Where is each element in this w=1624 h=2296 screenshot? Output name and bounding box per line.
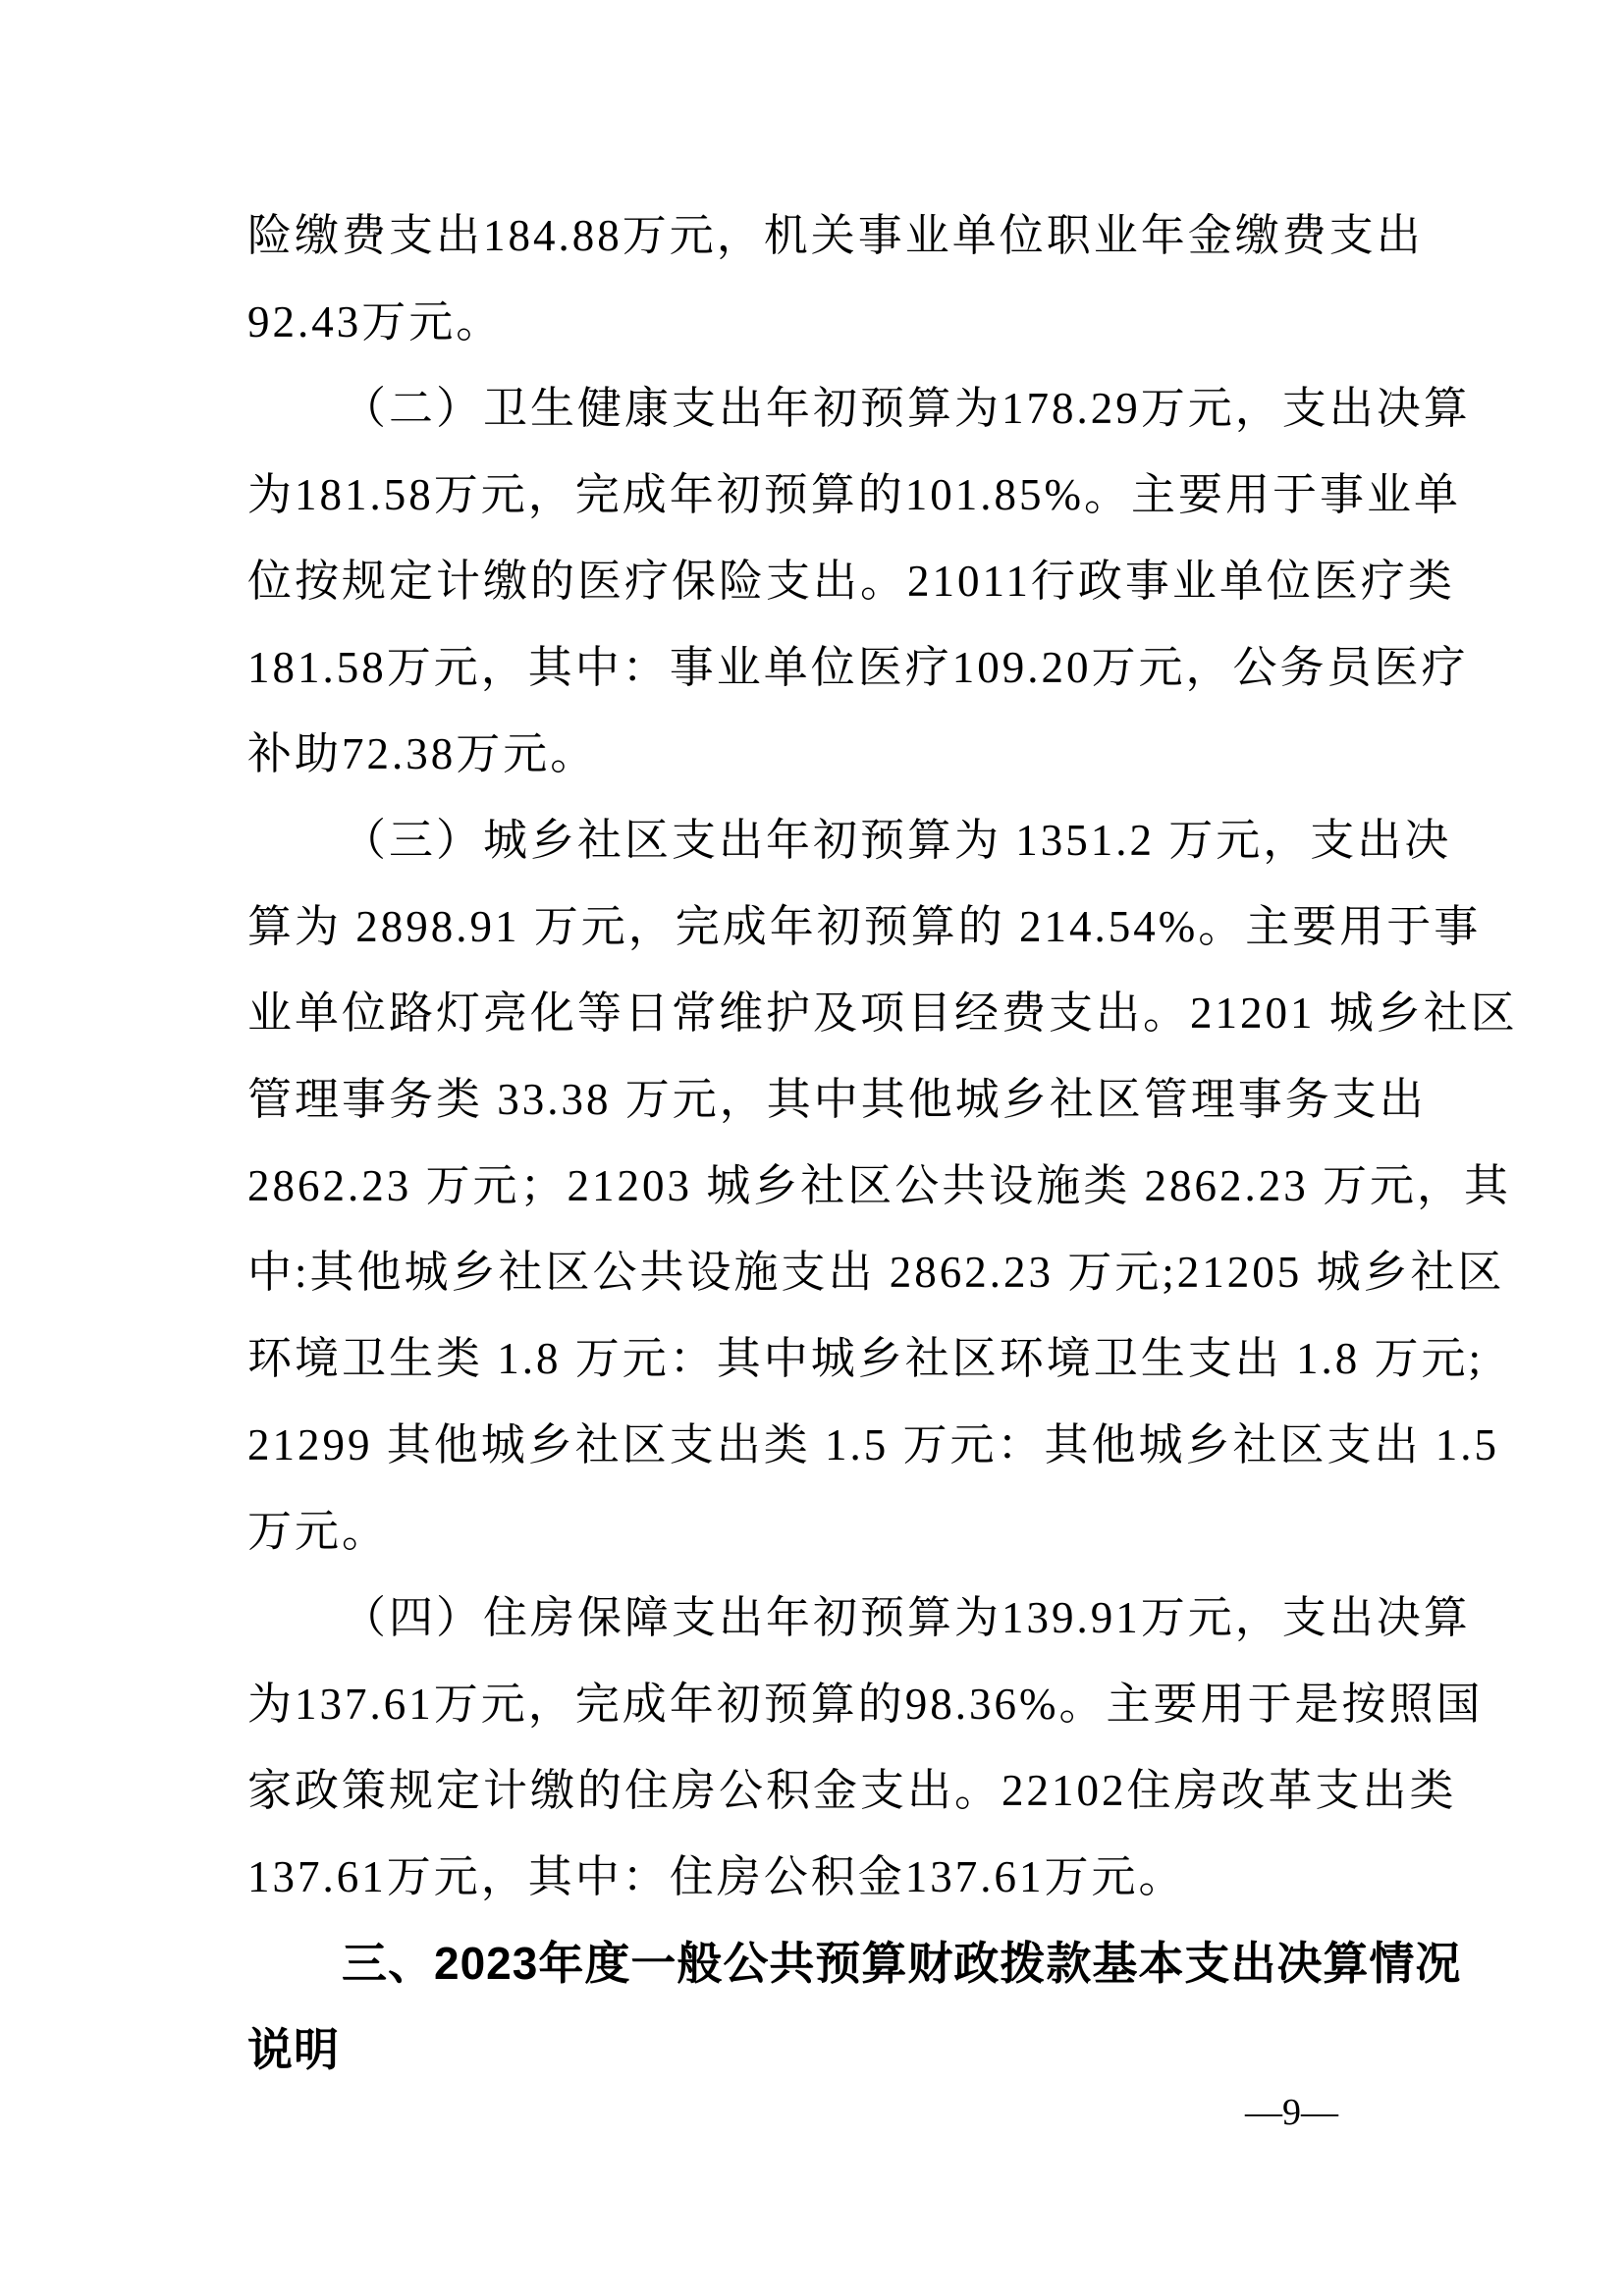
doc-line-5: 位按规定计缴的医疗保险支出。21011行政事业单位医疗类 bbox=[247, 538, 1375, 624]
doc-line-12: 2862.23 万元；21203 城乡社区公共设施类 2862.23 万元，其 bbox=[247, 1143, 1375, 1229]
doc-line-2: 92.43万元。 bbox=[247, 279, 1375, 365]
doc-line-7: 补助72.38万元。 bbox=[247, 711, 1375, 797]
doc-line-3: （二）卫生健康支出年初预算为178.29万元，支出决算 bbox=[247, 365, 1375, 452]
doc-line-10: 业单位路灯亮化等日常维护及项目经费支出。21201 城乡社区 bbox=[247, 970, 1375, 1056]
doc-line-14: 环境卫生类 1.8 万元：其中城乡社区环境卫生支出 1.8 万元; bbox=[247, 1315, 1375, 1402]
doc-line-15: 21299 其他城乡社区支出类 1.5 万元：其他城乡社区支出 1.5 bbox=[247, 1402, 1375, 1488]
doc-line-6: 181.58万元，其中：事业单位医疗109.20万元，公务员医疗 bbox=[247, 624, 1375, 711]
doc-line-18: 为137.61万元，完成年初预算的98.36%。主要用于是按照国 bbox=[247, 1661, 1375, 1747]
document-body: 险缴费支出184.88万元，机关事业单位职业年金缴费支出 92.43万元。 （二… bbox=[247, 192, 1375, 2093]
page-number: —9— bbox=[1044, 2089, 1338, 2136]
doc-line-1: 险缴费支出184.88万元，机关事业单位职业年金缴费支出 bbox=[247, 192, 1375, 279]
doc-line-16: 万元。 bbox=[247, 1488, 1375, 1575]
doc-line-13: 中:其他城乡社区公共设施支出 2862.23 万元;21205 城乡社区 bbox=[247, 1229, 1375, 1315]
doc-line-17: （四）住房保障支出年初预算为139.91万元，支出决算 bbox=[247, 1575, 1375, 1661]
doc-line-11: 管理事务类 33.38 万元，其中其他城乡社区管理事务支出 bbox=[247, 1056, 1375, 1143]
document-page: 险缴费支出184.88万元，机关事业单位职业年金缴费支出 92.43万元。 （二… bbox=[0, 0, 1624, 2296]
section-heading-continued: 说明 bbox=[247, 2006, 1375, 2093]
doc-line-19: 家政策规定计缴的住房公积金支出。22102住房改革支出类 bbox=[247, 1747, 1375, 1834]
doc-line-20: 137.61万元，其中：住房公积金137.61万元。 bbox=[247, 1834, 1375, 1920]
doc-line-9: 算为 2898.91 万元，完成年初预算的 214.54%。主要用于事 bbox=[247, 883, 1375, 970]
doc-line-8: （三）城乡社区支出年初预算为 1351.2 万元，支出决 bbox=[247, 797, 1375, 883]
doc-line-4: 为181.58万元，完成年初预算的101.85%。主要用于事业单 bbox=[247, 452, 1375, 538]
section-heading: 三、2023年度一般公共预算财政拨款基本支出决算情况 bbox=[247, 1920, 1375, 2006]
